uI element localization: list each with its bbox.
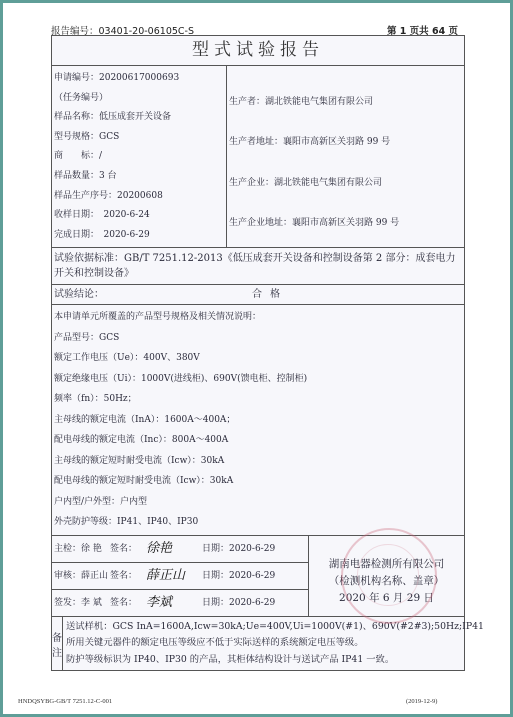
report-title: 型式试验报告 <box>52 36 464 66</box>
inspector-name: 主检：徐 艳 <box>52 536 110 562</box>
signature-row-inspector: 主检：徐 艳 签名： 徐艳 日期：2020-6-29 <box>52 536 308 563</box>
report-page: 报告编号：03401-20-06105C-S 第 1 页共 64 页 型式试验报… <box>3 3 510 714</box>
form-version: (2019-12-9) <box>406 698 437 705</box>
main-busbar-current: 主母线的额定电流（InA）：1600A～400A； <box>54 410 464 431</box>
reviewer-date: 日期：2020-6-29 <box>202 563 308 589</box>
remark-line: 送试样机：GCS InA=1600A,Icw=30kA;Ue=400V,Ui=1… <box>66 619 484 636</box>
distribution-busbar-current: 配电母线的额定电流（Inc）：800A～400A <box>54 430 464 451</box>
receipt-date: 收样日期： 2020-6-24 <box>54 206 226 226</box>
distribution-busbar-short-time-current: 配电母线的额定短时耐受电流（Icw）：30kA <box>54 471 464 492</box>
conclusion-label: 试验结论： <box>54 289 104 300</box>
sample-quantity: 样品数量：3 台 <box>54 167 226 187</box>
reviewer-name: 审核：薛正山 <box>52 563 110 589</box>
form-code: HNDQSYBG-GB/T 7251.12-C-001 <box>18 698 112 705</box>
report-table: 型式试验报告 申请编号：20200617000693 （任务编号） 样品名称：低… <box>51 35 465 671</box>
production-serial: 样品生产序号：20200608 <box>54 187 226 207</box>
manufacturer-address: 生产企业地址：襄阳市高新区关羽路 99 号 <box>229 215 399 228</box>
issuer-name: 签发：李 斌 <box>52 590 110 616</box>
remark-section: 备注 送试样机：GCS InA=1600A,Icw=30kA;Ue=400V,U… <box>52 617 464 671</box>
sign-label: 签名： <box>110 590 146 616</box>
rated-insulation-voltage: 额定绝缘电压（Ui）：1000V(进线柜)、690V(馈电柜、控制柜) <box>54 369 464 390</box>
signature-rows: 主检：徐 艳 签名： 徐艳 日期：2020-6-29 审核：薛正山 签名： 薛正… <box>52 536 309 616</box>
product-description: 本申请单元所覆盖的产品型号规格及相关情况说明： 产品型号：GCS 额定工作电压（… <box>52 305 464 536</box>
completion-date: 完成日期： 2020-6-29 <box>54 226 226 246</box>
frequency: 频率（fn）：50Hz； <box>54 389 464 410</box>
test-conclusion: 试验结论： 合格 <box>52 285 464 305</box>
conclusion-result: 合格 <box>252 285 288 304</box>
remark-line: 所用关键元器件的额定电压等级应不低于实际送样的系统额定电压等级。 <box>66 635 484 652</box>
issuer-date: 日期：2020-6-29 <box>202 590 308 616</box>
test-standard: 试验依据标准：GB/T 7251.12-2013《低压成套开关设备和控制设备第 … <box>52 248 464 285</box>
description-heading: 本申请单元所覆盖的产品型号规格及相关情况说明： <box>54 307 464 328</box>
trademark: 商 标：/ <box>54 147 226 167</box>
inspector-date: 日期：2020-6-29 <box>202 536 308 562</box>
info-section: 申请编号：20200617000693 （任务编号） 样品名称：低压成套开关设备… <box>52 66 464 248</box>
signature-section: 主检：徐 艳 签名： 徐艳 日期：2020-6-29 审核：薛正山 签名： 薛正… <box>52 536 464 617</box>
signature-row-reviewer: 审核：薛正山 签名： 薛正山 日期：2020-6-29 <box>52 563 308 590</box>
model-spec: 型号规格：GCS <box>54 128 226 148</box>
sample-name: 样品名称：低压成套开关设备 <box>54 108 226 128</box>
issuer-signature: 李斌 <box>146 590 202 616</box>
remark-label: 备注 <box>52 617 63 671</box>
organization-block: 湖南电器检测所有限公司 （检测机构名称、盖章） 2020 年 6 月 29 日 <box>309 536 464 616</box>
producer: 生产者：湖北铁能电气集团有限公司 <box>229 94 373 107</box>
remark-line: 防护等级标识为 IP40、IP30 的产品，其柜体结构设计与送试产品 IP41 … <box>66 652 484 669</box>
application-number: 申请编号：20200617000693 <box>54 69 226 89</box>
reviewer-signature: 薛正山 <box>146 563 202 589</box>
official-seal-icon <box>341 528 437 624</box>
producer-address: 生产者地址：襄阳市高新区关羽路 99 号 <box>229 134 390 147</box>
remark-body: 送试样机：GCS InA=1600A,Icw=30kA;Ue=400V,Ui=1… <box>63 617 487 671</box>
signature-row-issuer: 签发：李 斌 签名： 李斌 日期：2020-6-29 <box>52 590 308 616</box>
indoor-outdoor-type: 户内型/户外型：户内型 <box>54 492 464 513</box>
sample-info: 申请编号：20200617000693 （任务编号） 样品名称：低压成套开关设备… <box>52 66 227 247</box>
manufacturer-info: 生产者：湖北铁能电气集团有限公司 生产者地址：襄阳市高新区关羽路 99 号 生产… <box>227 66 464 247</box>
task-number: （任务编号） <box>54 89 226 109</box>
sign-label: 签名： <box>110 563 146 589</box>
main-busbar-short-time-current: 主母线的额定短时耐受电流（Icw）：30kA <box>54 451 464 472</box>
inspector-signature: 徐艳 <box>146 536 202 562</box>
product-model: 产品型号：GCS <box>54 328 464 349</box>
rated-operating-voltage: 额定工作电压（Ue）：400V、380V <box>54 348 464 369</box>
manufacturer: 生产企业：湖北铁能电气集团有限公司 <box>229 175 382 188</box>
sign-label: 签名： <box>110 536 146 562</box>
